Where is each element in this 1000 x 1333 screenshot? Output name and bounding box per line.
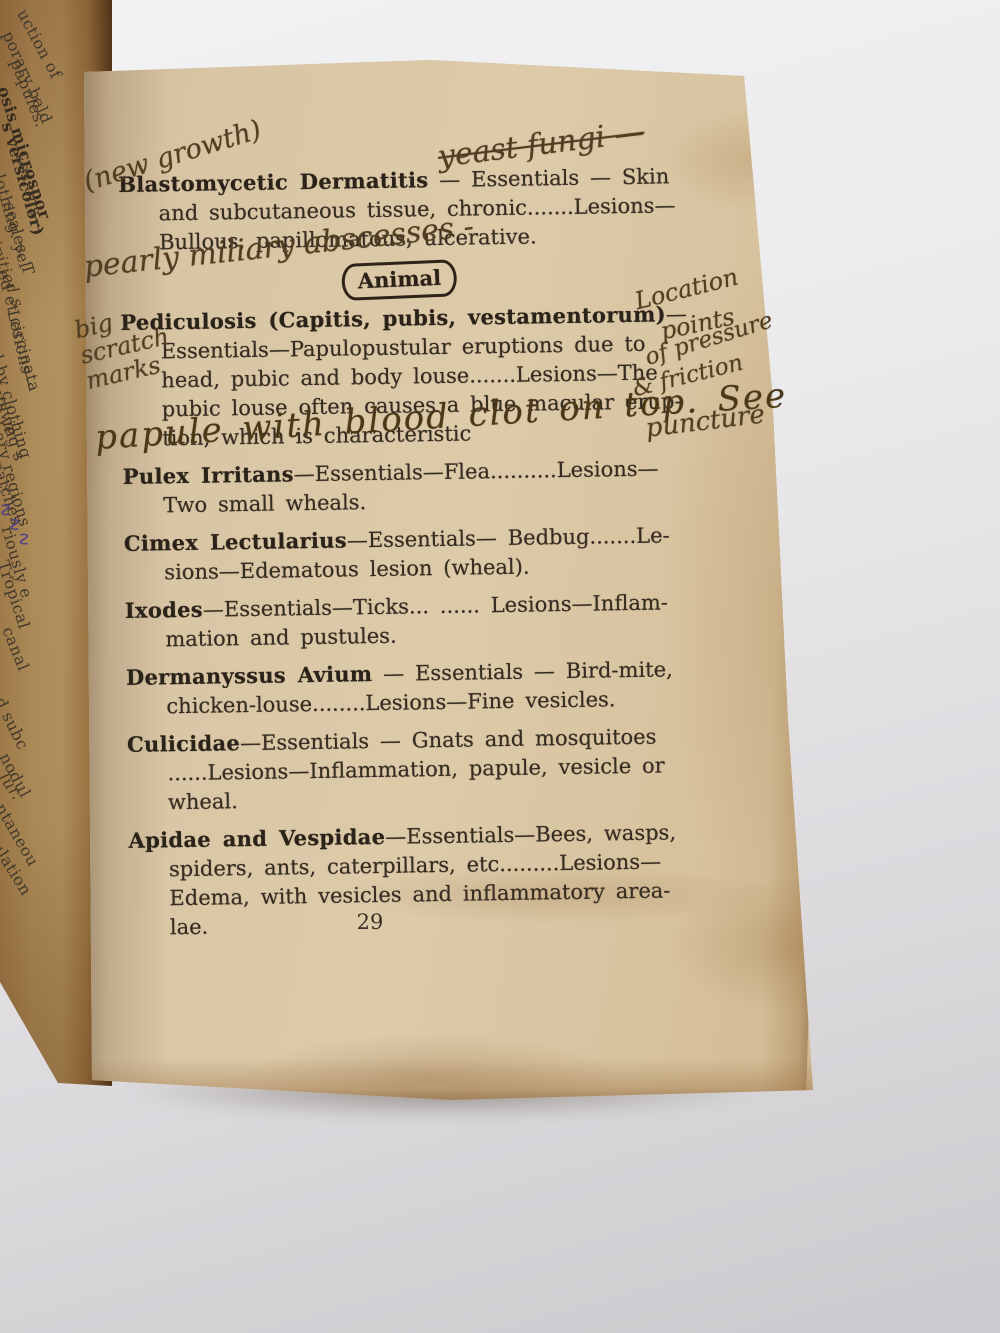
entry-text: —Essentials—Flea..........Lesions— bbox=[294, 457, 659, 487]
entry-text: — Essentials — Bird-mite, bbox=[372, 657, 673, 686]
entry-pulex-irritans: Pulex Irritans—Essentials—Flea..........… bbox=[123, 453, 684, 521]
page-number: 29 bbox=[330, 910, 410, 934]
entry-term: Dermanyssus Avium bbox=[126, 661, 373, 690]
spine-text-fragment: canal bbox=[0, 624, 33, 674]
animal-heading-label: Animal bbox=[358, 265, 442, 293]
entry-text: —Essentials— Bedbug.......Le- bbox=[347, 523, 670, 552]
photo-of-open-book: uction of porary bald papules. osis micr… bbox=[0, 0, 1000, 1333]
entry-term: Apidae and Vespidae bbox=[128, 824, 385, 853]
entry-term: Cimex Lectularius bbox=[124, 527, 347, 555]
entry-text: —Essentials—Bees, wasps, bbox=[385, 820, 676, 849]
entry-cimex-lectularius: Cimex Lectularius—Essentials— Bedbug....… bbox=[124, 520, 685, 588]
entry-text: —Essentials—Ticks... ...... Lesions—Infl… bbox=[203, 590, 668, 621]
printed-text-block: Blastomycetic Dermatitis — Essentials — … bbox=[118, 161, 690, 951]
entry-culicidae: Culicidae—Essentials — Gnats and mosquit… bbox=[127, 721, 688, 818]
entry-dermanyssus-avium: Dermanyssus Avium — Essentials — Bird-mi… bbox=[126, 654, 687, 722]
animal-heading-boxed: Animal bbox=[341, 259, 458, 301]
entry-text: —Essentials — Gnats and mosquitoes bbox=[240, 725, 657, 756]
entry-term: Ixodes bbox=[125, 597, 203, 623]
entry-term: Culicidae bbox=[127, 730, 240, 757]
entry-term: Pulex Irritans bbox=[123, 461, 294, 489]
entry-ixodes: Ixodes—Essentials—Ticks... ...... Lesion… bbox=[125, 587, 686, 655]
